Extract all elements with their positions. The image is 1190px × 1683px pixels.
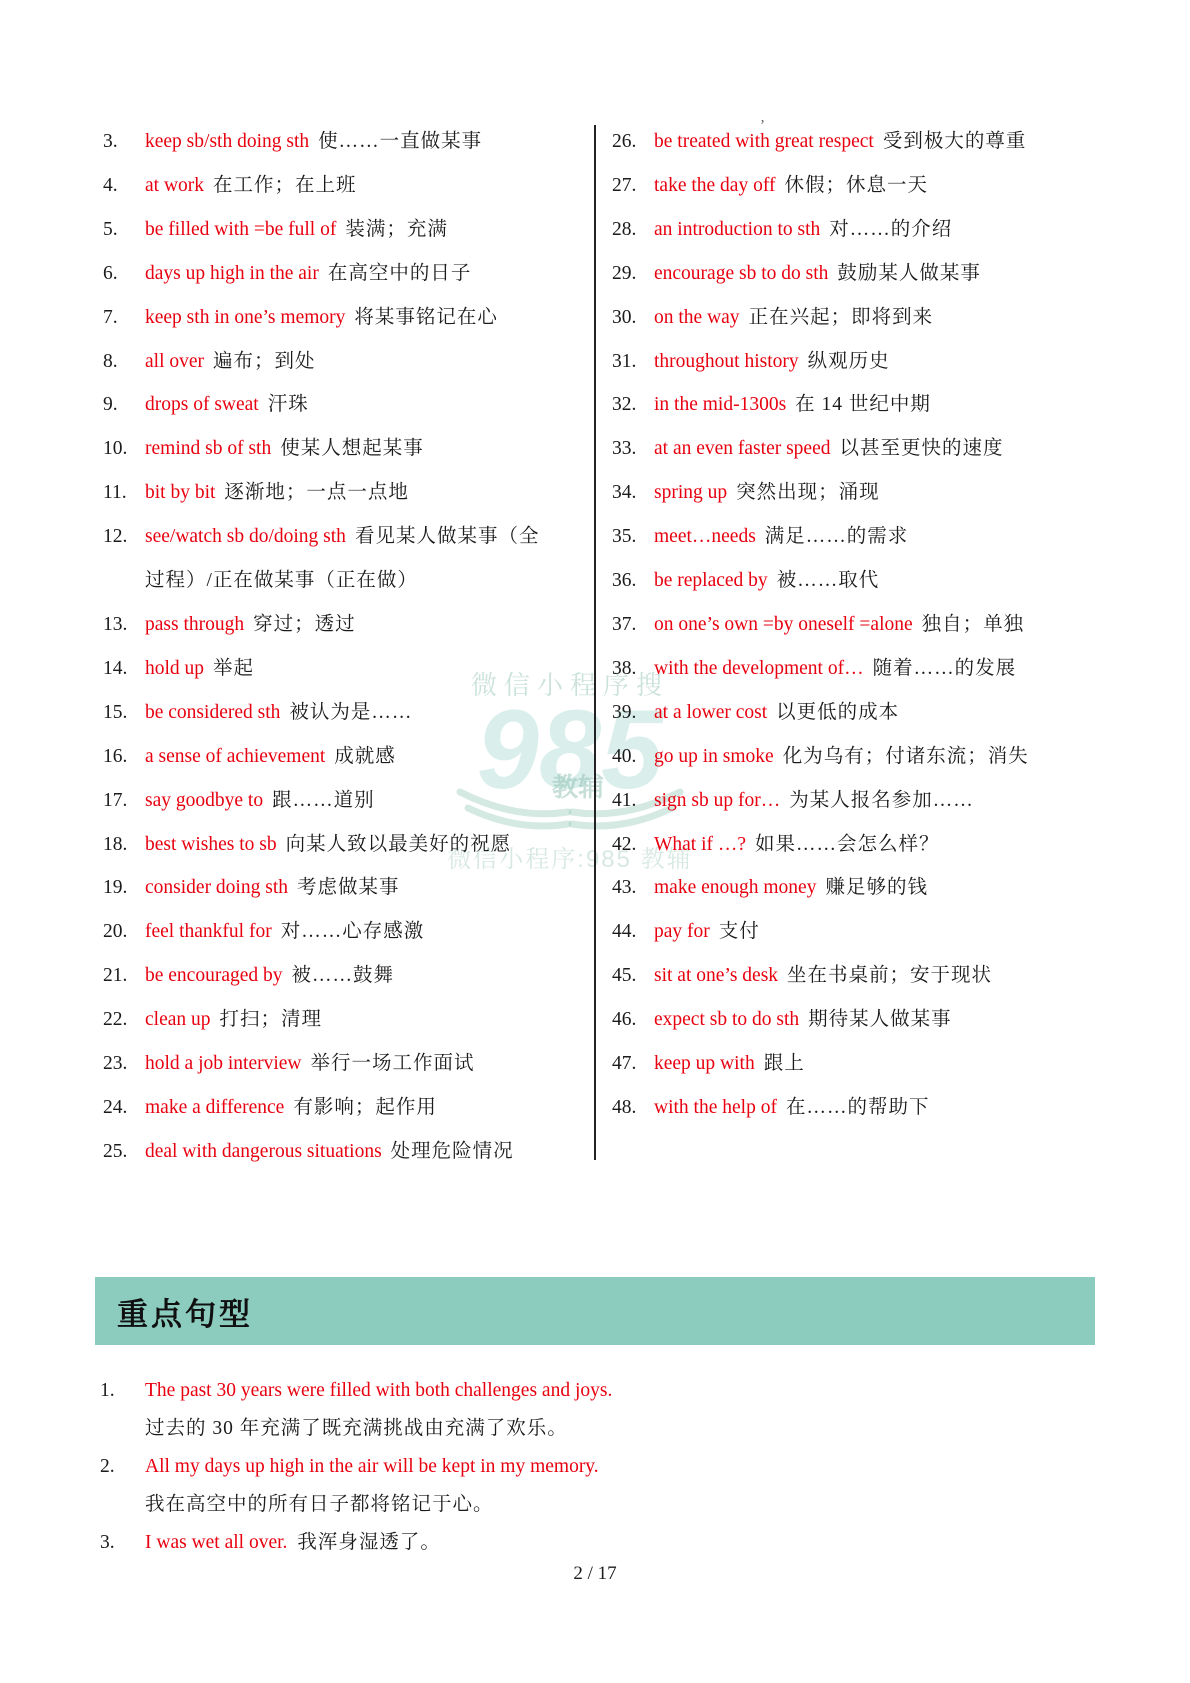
- phrase-text: with the development of…随着……的发展: [654, 647, 1104, 691]
- phrase-number: 11.: [103, 471, 145, 515]
- phrase-row: 13. pass through穿过；透过: [103, 603, 558, 647]
- phrase-chinese: 随着……的发展: [873, 658, 1017, 679]
- phrase-row: 32. in the mid-1300s在 14 世纪中期: [612, 383, 1104, 427]
- phrase-row: 18. best wishes to sb向某人致以最美好的祝愿: [103, 823, 558, 867]
- phrase-chinese: 被……取代: [777, 570, 880, 591]
- phrase-english: make a difference: [145, 1097, 284, 1118]
- phrase-text: take the day off休假；休息一天: [654, 164, 1104, 208]
- phrase-text: see/watch sb do/doing sth看见某人做某事（全过程）/正在…: [145, 515, 558, 603]
- phrase-english: with the development of…: [654, 658, 864, 679]
- phrase-chinese: 纵观历史: [808, 351, 890, 372]
- phrase-chinese: 如果……会怎么样？: [755, 834, 940, 855]
- phrase-text: an introduction to sth对……的介绍: [654, 208, 1104, 252]
- phrase-chinese: 以甚至更快的速度: [840, 438, 1004, 459]
- phrase-english: drops of sweat: [145, 394, 259, 415]
- phrase-chinese: 遍布；到处: [213, 351, 316, 372]
- phrase-number: 25.: [103, 1130, 145, 1174]
- phrase-chinese: 使……一直做某事: [318, 131, 482, 152]
- phrase-row: 21. be encouraged by被……鼓舞: [103, 954, 558, 998]
- phrase-chinese: 举行一场工作面试: [311, 1053, 475, 1074]
- phrase-number: 34.: [612, 471, 654, 515]
- sentence-chinese: 过去的 30 年充满了既充满挑战由充满了欢乐。: [145, 1410, 1110, 1448]
- phrase-chinese: 穿过；透过: [253, 614, 356, 635]
- phrase-number: 21.: [103, 954, 145, 998]
- phrase-text: be replaced by被……取代: [654, 559, 1104, 603]
- phrase-row: 36. be replaced by被……取代: [612, 559, 1104, 603]
- sentence-item: 1. The past 30 years were filled with bo…: [100, 1372, 1110, 1448]
- phrase-english: see/watch sb do/doing sth: [145, 526, 346, 547]
- phrase-row: 45. sit at one’s desk坐在书桌前；安于现状: [612, 954, 1104, 998]
- section-title: 重点句型: [117, 1289, 253, 1334]
- phrase-number: 36.: [612, 559, 654, 603]
- phrase-number: 16.: [103, 735, 145, 779]
- phrase-row: 30. on the way正在兴起；即将到来: [612, 296, 1104, 340]
- phrase-chinese: 被认为是……: [289, 702, 412, 723]
- phrase-text: drops of sweat汗珠: [145, 383, 558, 427]
- phrase-number: 19.: [103, 866, 145, 910]
- phrase-english: expect sb to do sth: [654, 1009, 799, 1030]
- phrase-number: 41.: [612, 779, 654, 823]
- section-banner: 重点句型: [95, 1277, 1095, 1345]
- phrase-number: 46.: [612, 998, 654, 1042]
- phrase-number: 15.: [103, 691, 145, 735]
- phrase-text: feel thankful for对……心存感激: [145, 910, 558, 954]
- phrase-chinese: 举起: [213, 658, 254, 679]
- phrase-text: say goodbye to跟……道别: [145, 779, 558, 823]
- phrase-chinese: 使某人想起某事: [280, 438, 424, 459]
- phrase-number: 13.: [103, 603, 145, 647]
- phrase-number: 3.: [103, 120, 145, 164]
- phrase-row: 47. keep up with跟上: [612, 1042, 1104, 1086]
- sentence-text: I was wet all over.我浑身湿透了。: [145, 1524, 1110, 1562]
- phrase-row: 44. pay for支付: [612, 910, 1104, 954]
- phrase-row: 31. throughout history纵观历史: [612, 340, 1104, 384]
- phrase-row: 5. be filled with =be full of装满；充满: [103, 208, 558, 252]
- phrase-text: at a lower cost以更低的成本: [654, 691, 1104, 735]
- phrase-chinese: 以更低的成本: [776, 702, 899, 723]
- phrase-english: days up high in the air: [145, 263, 319, 284]
- phrase-text: sign sb up for…为某人报名参加……: [654, 779, 1104, 823]
- phrase-row: 37. on one’s own =by oneself =alone独自；单独: [612, 603, 1104, 647]
- phrase-row: 24. make a difference有影响；起作用: [103, 1086, 558, 1130]
- phrase-english: be filled with =be full of: [145, 219, 336, 240]
- phrase-chinese: 突然出现；涌现: [736, 482, 880, 503]
- phrase-chinese: 为某人报名参加……: [789, 790, 974, 811]
- phrase-text: throughout history纵观历史: [654, 340, 1104, 384]
- phrase-text: deal with dangerous situations处理危险情况: [145, 1130, 558, 1174]
- phrase-row: 41. sign sb up for…为某人报名参加……: [612, 779, 1104, 823]
- sentence-chinese: 我在高空中的所有日子都将铭记于心。: [145, 1486, 1110, 1524]
- phrase-column-right: 26. be treated with great respect受到极大的尊重…: [612, 120, 1104, 1130]
- sentence-english: All my days up high in the air will be k…: [145, 1456, 599, 1477]
- phrase-chinese: 休假；休息一天: [784, 175, 928, 196]
- phrase-text: make a difference有影响；起作用: [145, 1086, 558, 1130]
- phrase-row: 33. at an even faster speed以甚至更快的速度: [612, 427, 1104, 471]
- phrase-row: 17. say goodbye to跟……道别: [103, 779, 558, 823]
- phrase-number: 30.: [612, 296, 654, 340]
- phrase-text: best wishes to sb向某人致以最美好的祝愿: [145, 823, 558, 867]
- phrase-number: 14.: [103, 647, 145, 691]
- phrase-english: be replaced by: [654, 570, 768, 591]
- phrase-english: bit by bit: [145, 482, 215, 503]
- phrase-row: 11. bit by bit逐渐地；一点一点地: [103, 471, 558, 515]
- phrase-row: 29. encourage sb to do sth鼓励某人做某事: [612, 252, 1104, 296]
- phrase-number: 8.: [103, 340, 145, 384]
- phrase-english: keep sth in one’s memory: [145, 307, 345, 328]
- phrase-chinese: 期待某人做某事: [808, 1009, 952, 1030]
- phrase-row: 43. make enough money赚足够的钱: [612, 866, 1104, 910]
- phrase-chinese: 在 14 世纪中期: [795, 394, 931, 415]
- page-number: 2 / 17: [0, 1563, 1190, 1585]
- phrase-row: 28. an introduction to sth对……的介绍: [612, 208, 1104, 252]
- phrase-text: go up in smoke化为乌有；付诸东流；消失: [654, 735, 1104, 779]
- phrase-row: 40. go up in smoke化为乌有；付诸东流；消失: [612, 735, 1104, 779]
- phrase-number: 28.: [612, 208, 654, 252]
- phrase-english: be encouraged by: [145, 965, 283, 986]
- phrase-row: 7. keep sth in one’s memory将某事铭记在心: [103, 296, 558, 340]
- sentence-english: The past 30 years were filled with both …: [145, 1380, 612, 1401]
- phrase-number: 44.: [612, 910, 654, 954]
- phrase-chinese: 满足……的需求: [765, 526, 909, 547]
- phrase-english: meet…needs: [654, 526, 756, 547]
- phrase-english: spring up: [654, 482, 727, 503]
- phrase-row: 8. all over遍布；到处: [103, 340, 558, 384]
- phrase-row: 4. at work在工作；在上班: [103, 164, 558, 208]
- phrase-row: 39. at a lower cost以更低的成本: [612, 691, 1104, 735]
- phrase-english: deal with dangerous situations: [145, 1141, 382, 1162]
- phrase-row: 10. remind sb of sth使某人想起某事: [103, 427, 558, 471]
- sentence-number: 1.: [100, 1372, 145, 1448]
- phrase-text: days up high in the air在高空中的日子: [145, 252, 558, 296]
- phrase-text: with the help of在……的帮助下: [654, 1086, 1104, 1130]
- phrase-chinese: 向某人致以最美好的祝愿: [286, 834, 512, 855]
- phrase-text: What if …?如果……会怎么样？: [654, 823, 1104, 867]
- phrase-chinese: 打扫；清理: [220, 1009, 323, 1030]
- sentence-number: 2.: [100, 1448, 145, 1524]
- phrase-chinese: 在高空中的日子: [328, 263, 472, 284]
- phrase-english: keep sb/sth doing sth: [145, 131, 309, 152]
- phrase-number: 38.: [612, 647, 654, 691]
- phrase-english: sign sb up for…: [654, 790, 780, 811]
- phrase-number: 40.: [612, 735, 654, 779]
- phrase-row: 20. feel thankful for对……心存感激: [103, 910, 558, 954]
- phrase-number: 42.: [612, 823, 654, 867]
- phrase-number: 18.: [103, 823, 145, 867]
- phrase-english: hold a job interview: [145, 1053, 302, 1074]
- phrase-english: at an even faster speed: [654, 438, 831, 459]
- phrase-number: 6.: [103, 252, 145, 296]
- phrase-number: 47.: [612, 1042, 654, 1086]
- phrase-chinese: 支付: [719, 921, 760, 942]
- phrase-chinese: 逐渐地；一点一点地: [224, 482, 409, 503]
- phrase-english: keep up with: [654, 1053, 755, 1074]
- phrase-text: sit at one’s desk坐在书桌前；安于现状: [654, 954, 1104, 998]
- phrase-number: 33.: [612, 427, 654, 471]
- phrase-row: 3. keep sb/sth doing sth使……一直做某事: [103, 120, 558, 164]
- phrase-number: 24.: [103, 1086, 145, 1130]
- phrase-chinese: 考虑做某事: [297, 877, 400, 898]
- phrase-english: hold up: [145, 658, 204, 679]
- phrase-text: pass through穿过；透过: [145, 603, 558, 647]
- phrase-chinese: 处理危险情况: [391, 1141, 514, 1162]
- phrase-row: 22. clean up打扫；清理: [103, 998, 558, 1042]
- phrase-english: at work: [145, 175, 204, 196]
- phrase-text: hold up举起: [145, 647, 558, 691]
- phrase-number: 32.: [612, 383, 654, 427]
- phrase-english: be considered sth: [145, 702, 280, 723]
- phrase-chinese: 有影响；起作用: [293, 1097, 437, 1118]
- phrase-chinese: 汗珠: [268, 394, 309, 415]
- phrase-english: with the help of: [654, 1097, 777, 1118]
- phrase-number: 31.: [612, 340, 654, 384]
- phrase-text: be treated with great respect受到极大的尊重: [654, 120, 1104, 164]
- phrase-text: all over遍布；到处: [145, 340, 558, 384]
- phrase-row: 16. a sense of achievement成就感: [103, 735, 558, 779]
- phrase-english: all over: [145, 351, 204, 372]
- phrase-text: be considered sth被认为是……: [145, 691, 558, 735]
- phrase-chinese: 跟上: [764, 1053, 805, 1074]
- phrase-text: a sense of achievement成就感: [145, 735, 558, 779]
- phrase-number: 29.: [612, 252, 654, 296]
- phrase-number: 35.: [612, 515, 654, 559]
- phrase-english: be treated with great respect: [654, 131, 874, 152]
- phrase-number: 12.: [103, 515, 145, 603]
- column-divider: [594, 125, 596, 1160]
- phrase-english: What if …?: [654, 834, 746, 855]
- phrase-row: 14. hold up举起: [103, 647, 558, 691]
- phrase-row: 42. What if …?如果……会怎么样？: [612, 823, 1104, 867]
- phrase-number: 27.: [612, 164, 654, 208]
- phrase-chinese: 化为乌有；付诸东流；消失: [783, 746, 1029, 767]
- phrase-english: at a lower cost: [654, 702, 767, 723]
- phrase-row: 9. drops of sweat汗珠: [103, 383, 558, 427]
- phrase-text: bit by bit逐渐地；一点一点地: [145, 471, 558, 515]
- phrase-row: 46. expect sb to do sth期待某人做某事: [612, 998, 1104, 1042]
- phrase-number: 48.: [612, 1086, 654, 1130]
- phrase-row: 34. spring up突然出现；涌现: [612, 471, 1104, 515]
- phrase-english: take the day off: [654, 175, 775, 196]
- phrase-chinese: 在工作；在上班: [213, 175, 357, 196]
- phrase-chinese: 将某事铭记在心: [354, 307, 498, 328]
- phrase-text: hold a job interview举行一场工作面试: [145, 1042, 558, 1086]
- phrase-chinese: 对……的介绍: [829, 219, 952, 240]
- phrase-english: feel thankful for: [145, 921, 272, 942]
- phrase-text: on the way正在兴起；即将到来: [654, 296, 1104, 340]
- phrase-text: spring up突然出现；涌现: [654, 471, 1104, 515]
- phrase-english: say goodbye to: [145, 790, 263, 811]
- phrase-row: 23. hold a job interview举行一场工作面试: [103, 1042, 558, 1086]
- phrase-number: 5.: [103, 208, 145, 252]
- phrase-chinese: 独自；单独: [922, 614, 1025, 635]
- phrase-number: 39.: [612, 691, 654, 735]
- phrase-text: clean up打扫；清理: [145, 998, 558, 1042]
- phrase-row: 12. see/watch sb do/doing sth看见某人做某事（全过程…: [103, 515, 558, 603]
- phrase-english: throughout history: [654, 351, 799, 372]
- phrase-number: 37.: [612, 603, 654, 647]
- phrase-chinese: 赚足够的钱: [825, 877, 928, 898]
- phrase-text: in the mid-1300s在 14 世纪中期: [654, 383, 1104, 427]
- phrase-number: 9.: [103, 383, 145, 427]
- phrase-row: 35. meet…needs满足……的需求: [612, 515, 1104, 559]
- phrase-english: go up in smoke: [654, 746, 774, 767]
- phrase-text: be encouraged by被……鼓舞: [145, 954, 558, 998]
- phrase-text: keep sb/sth doing sth使……一直做某事: [145, 120, 558, 164]
- phrase-chinese: 跟……道别: [272, 790, 375, 811]
- phrase-chinese: 在……的帮助下: [786, 1097, 930, 1118]
- phrase-number: 22.: [103, 998, 145, 1042]
- phrase-chinese: 被……鼓舞: [292, 965, 395, 986]
- phrase-number: 4.: [103, 164, 145, 208]
- phrase-number: 7.: [103, 296, 145, 340]
- phrase-english: a sense of achievement: [145, 746, 325, 767]
- phrase-chinese: 成就感: [334, 746, 396, 767]
- watermark-logo-subtext: 教辅: [552, 767, 604, 804]
- phrase-english: clean up: [145, 1009, 211, 1030]
- phrase-row: 25. deal with dangerous situations处理危险情况: [103, 1130, 558, 1174]
- phrase-english: pass through: [145, 614, 244, 635]
- phrase-text: at an even faster speed以甚至更快的速度: [654, 427, 1104, 471]
- sentence-list: 1. The past 30 years were filled with bo…: [100, 1372, 1110, 1562]
- phrase-chinese: 正在兴起；即将到来: [749, 307, 934, 328]
- phrase-text: at work在工作；在上班: [145, 164, 558, 208]
- phrase-number: 23.: [103, 1042, 145, 1086]
- phrase-text: remind sb of sth使某人想起某事: [145, 427, 558, 471]
- phrase-row: 26. be treated with great respect受到极大的尊重: [612, 120, 1104, 164]
- phrase-chinese: 坐在书桌前；安于现状: [787, 965, 992, 986]
- phrase-english: an introduction to sth: [654, 219, 820, 240]
- phrase-english: on one’s own =by oneself =alone: [654, 614, 913, 635]
- phrase-number: 10.: [103, 427, 145, 471]
- phrase-row: 19. consider doing sth考虑做某事: [103, 866, 558, 910]
- phrase-row: 38. with the development of…随着……的发展: [612, 647, 1104, 691]
- sentence-chinese: 我浑身湿透了。: [297, 1532, 441, 1553]
- sentence-text: The past 30 years were filled with both …: [145, 1372, 1110, 1448]
- sentence-english: I was wet all over.: [145, 1532, 287, 1553]
- phrase-english: pay for: [654, 921, 710, 942]
- phrase-text: keep up with跟上: [654, 1042, 1104, 1086]
- phrase-text: be filled with =be full of装满；充满: [145, 208, 558, 252]
- phrase-row: 15. be considered sth被认为是……: [103, 691, 558, 735]
- sentence-item: 3. I was wet all over.我浑身湿透了。: [100, 1524, 1110, 1562]
- phrase-text: expect sb to do sth期待某人做某事: [654, 998, 1104, 1042]
- phrase-english: best wishes to sb: [145, 834, 277, 855]
- phrase-column-left: 3. keep sb/sth doing sth使……一直做某事 4. at w…: [103, 120, 558, 1174]
- phrase-number: 43.: [612, 866, 654, 910]
- phrase-number: 45.: [612, 954, 654, 998]
- phrase-chinese: 装满；充满: [345, 219, 448, 240]
- phrase-text: make enough money赚足够的钱: [654, 866, 1104, 910]
- phrase-row: 27. take the day off休假；休息一天: [612, 164, 1104, 208]
- phrase-number: 26.: [612, 120, 654, 164]
- phrase-row: 6. days up high in the air在高空中的日子: [103, 252, 558, 296]
- phrase-english: remind sb of sth: [145, 438, 271, 459]
- phrase-text: pay for支付: [654, 910, 1104, 954]
- phrase-english: encourage sb to do sth: [654, 263, 828, 284]
- phrase-number: 17.: [103, 779, 145, 823]
- phrase-chinese: 受到极大的尊重: [883, 131, 1027, 152]
- phrase-english: in the mid-1300s: [654, 394, 786, 415]
- phrase-chinese: 鼓励某人做某事: [837, 263, 981, 284]
- phrase-english: sit at one’s desk: [654, 965, 778, 986]
- phrase-text: consider doing sth考虑做某事: [145, 866, 558, 910]
- phrase-english: consider doing sth: [145, 877, 288, 898]
- phrase-text: on one’s own =by oneself =alone独自；单独: [654, 603, 1104, 647]
- phrase-row: 48. with the help of在……的帮助下: [612, 1086, 1104, 1130]
- sentence-item: 2. All my days up high in the air will b…: [100, 1448, 1110, 1524]
- phrase-text: meet…needs满足……的需求: [654, 515, 1104, 559]
- phrase-text: encourage sb to do sth鼓励某人做某事: [654, 252, 1104, 296]
- sentence-text: All my days up high in the air will be k…: [145, 1448, 1110, 1524]
- phrase-english: on the way: [654, 307, 740, 328]
- sentence-number: 3.: [100, 1524, 145, 1562]
- phrase-text: keep sth in one’s memory将某事铭记在心: [145, 296, 558, 340]
- phrase-number: 20.: [103, 910, 145, 954]
- phrase-chinese: 对……心存感激: [281, 921, 425, 942]
- phrase-english: make enough money: [654, 877, 816, 898]
